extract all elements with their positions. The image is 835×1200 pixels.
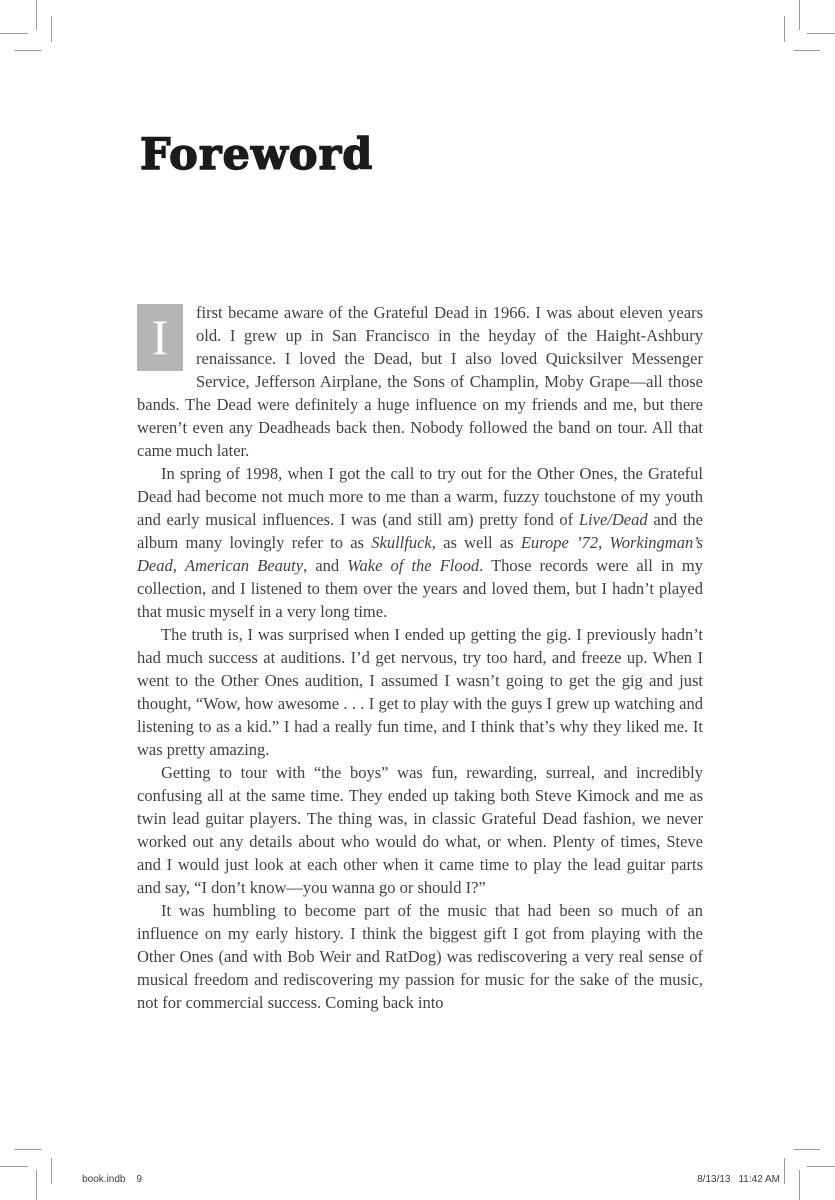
crop-mark: [15, 50, 41, 51]
crop-mark: [794, 1149, 820, 1150]
crop-mark: [0, 33, 28, 34]
crop-mark: [807, 1166, 835, 1167]
book-page: Foreword Ifirst became aware of the Grat…: [0, 0, 835, 1200]
paragraph: Getting to tour with “the boys” was fun,…: [137, 761, 703, 899]
text-segment: first became aware of the Grateful Dead …: [137, 303, 703, 460]
paragraph: It was humbling to become part of the mu…: [137, 899, 703, 1014]
text-segment: Live/Dead: [579, 510, 648, 529]
crop-mark: [794, 50, 820, 51]
crop-mark: [799, 0, 800, 30]
text-segment: Wake of the Flood: [347, 556, 479, 575]
text-segment: ,: [598, 533, 609, 552]
chapter-title: Foreword: [140, 130, 373, 180]
paragraph: The truth is, I was surprised when I end…: [137, 623, 703, 761]
body-text: Ifirst became aware of the Grateful Dead…: [137, 301, 703, 1014]
footer-page-number: 9: [137, 1174, 143, 1185]
crop-mark: [784, 16, 785, 42]
footer-time: 11:42 AM: [738, 1174, 780, 1185]
drop-cap: I: [137, 304, 183, 371]
text-segment: , and: [303, 556, 347, 575]
crop-mark: [36, 1170, 37, 1200]
footer-file-name: book.indb: [82, 1174, 125, 1185]
crop-mark: [51, 16, 52, 42]
text-segment: American Beauty: [185, 556, 303, 575]
text-segment: It was humbling to become part of the mu…: [137, 901, 703, 1012]
crop-mark: [807, 33, 835, 34]
footer-file-stamp: book.indb9: [71, 1163, 142, 1196]
text-segment: Europe ’72: [521, 533, 598, 552]
text-segment: The truth is, I was surprised when I end…: [137, 625, 703, 759]
text-segment: Skullfuck: [371, 533, 431, 552]
crop-mark: [51, 1158, 52, 1184]
text-segment: ,: [173, 556, 185, 575]
text-segment: , as well as: [432, 533, 521, 552]
crop-mark: [784, 1158, 785, 1184]
crop-mark: [15, 1149, 41, 1150]
footer-date: 8/13/13: [697, 1174, 730, 1185]
footer-timestamp: 8/13/1311:42 AM: [686, 1163, 780, 1196]
paragraph: Ifirst became aware of the Grateful Dead…: [137, 301, 703, 462]
paragraph: In spring of 1998, when I got the call t…: [137, 462, 703, 623]
crop-mark: [799, 1170, 800, 1200]
crop-mark: [36, 0, 37, 30]
text-segment: Getting to tour with “the boys” was fun,…: [137, 763, 703, 897]
crop-mark: [0, 1166, 28, 1167]
